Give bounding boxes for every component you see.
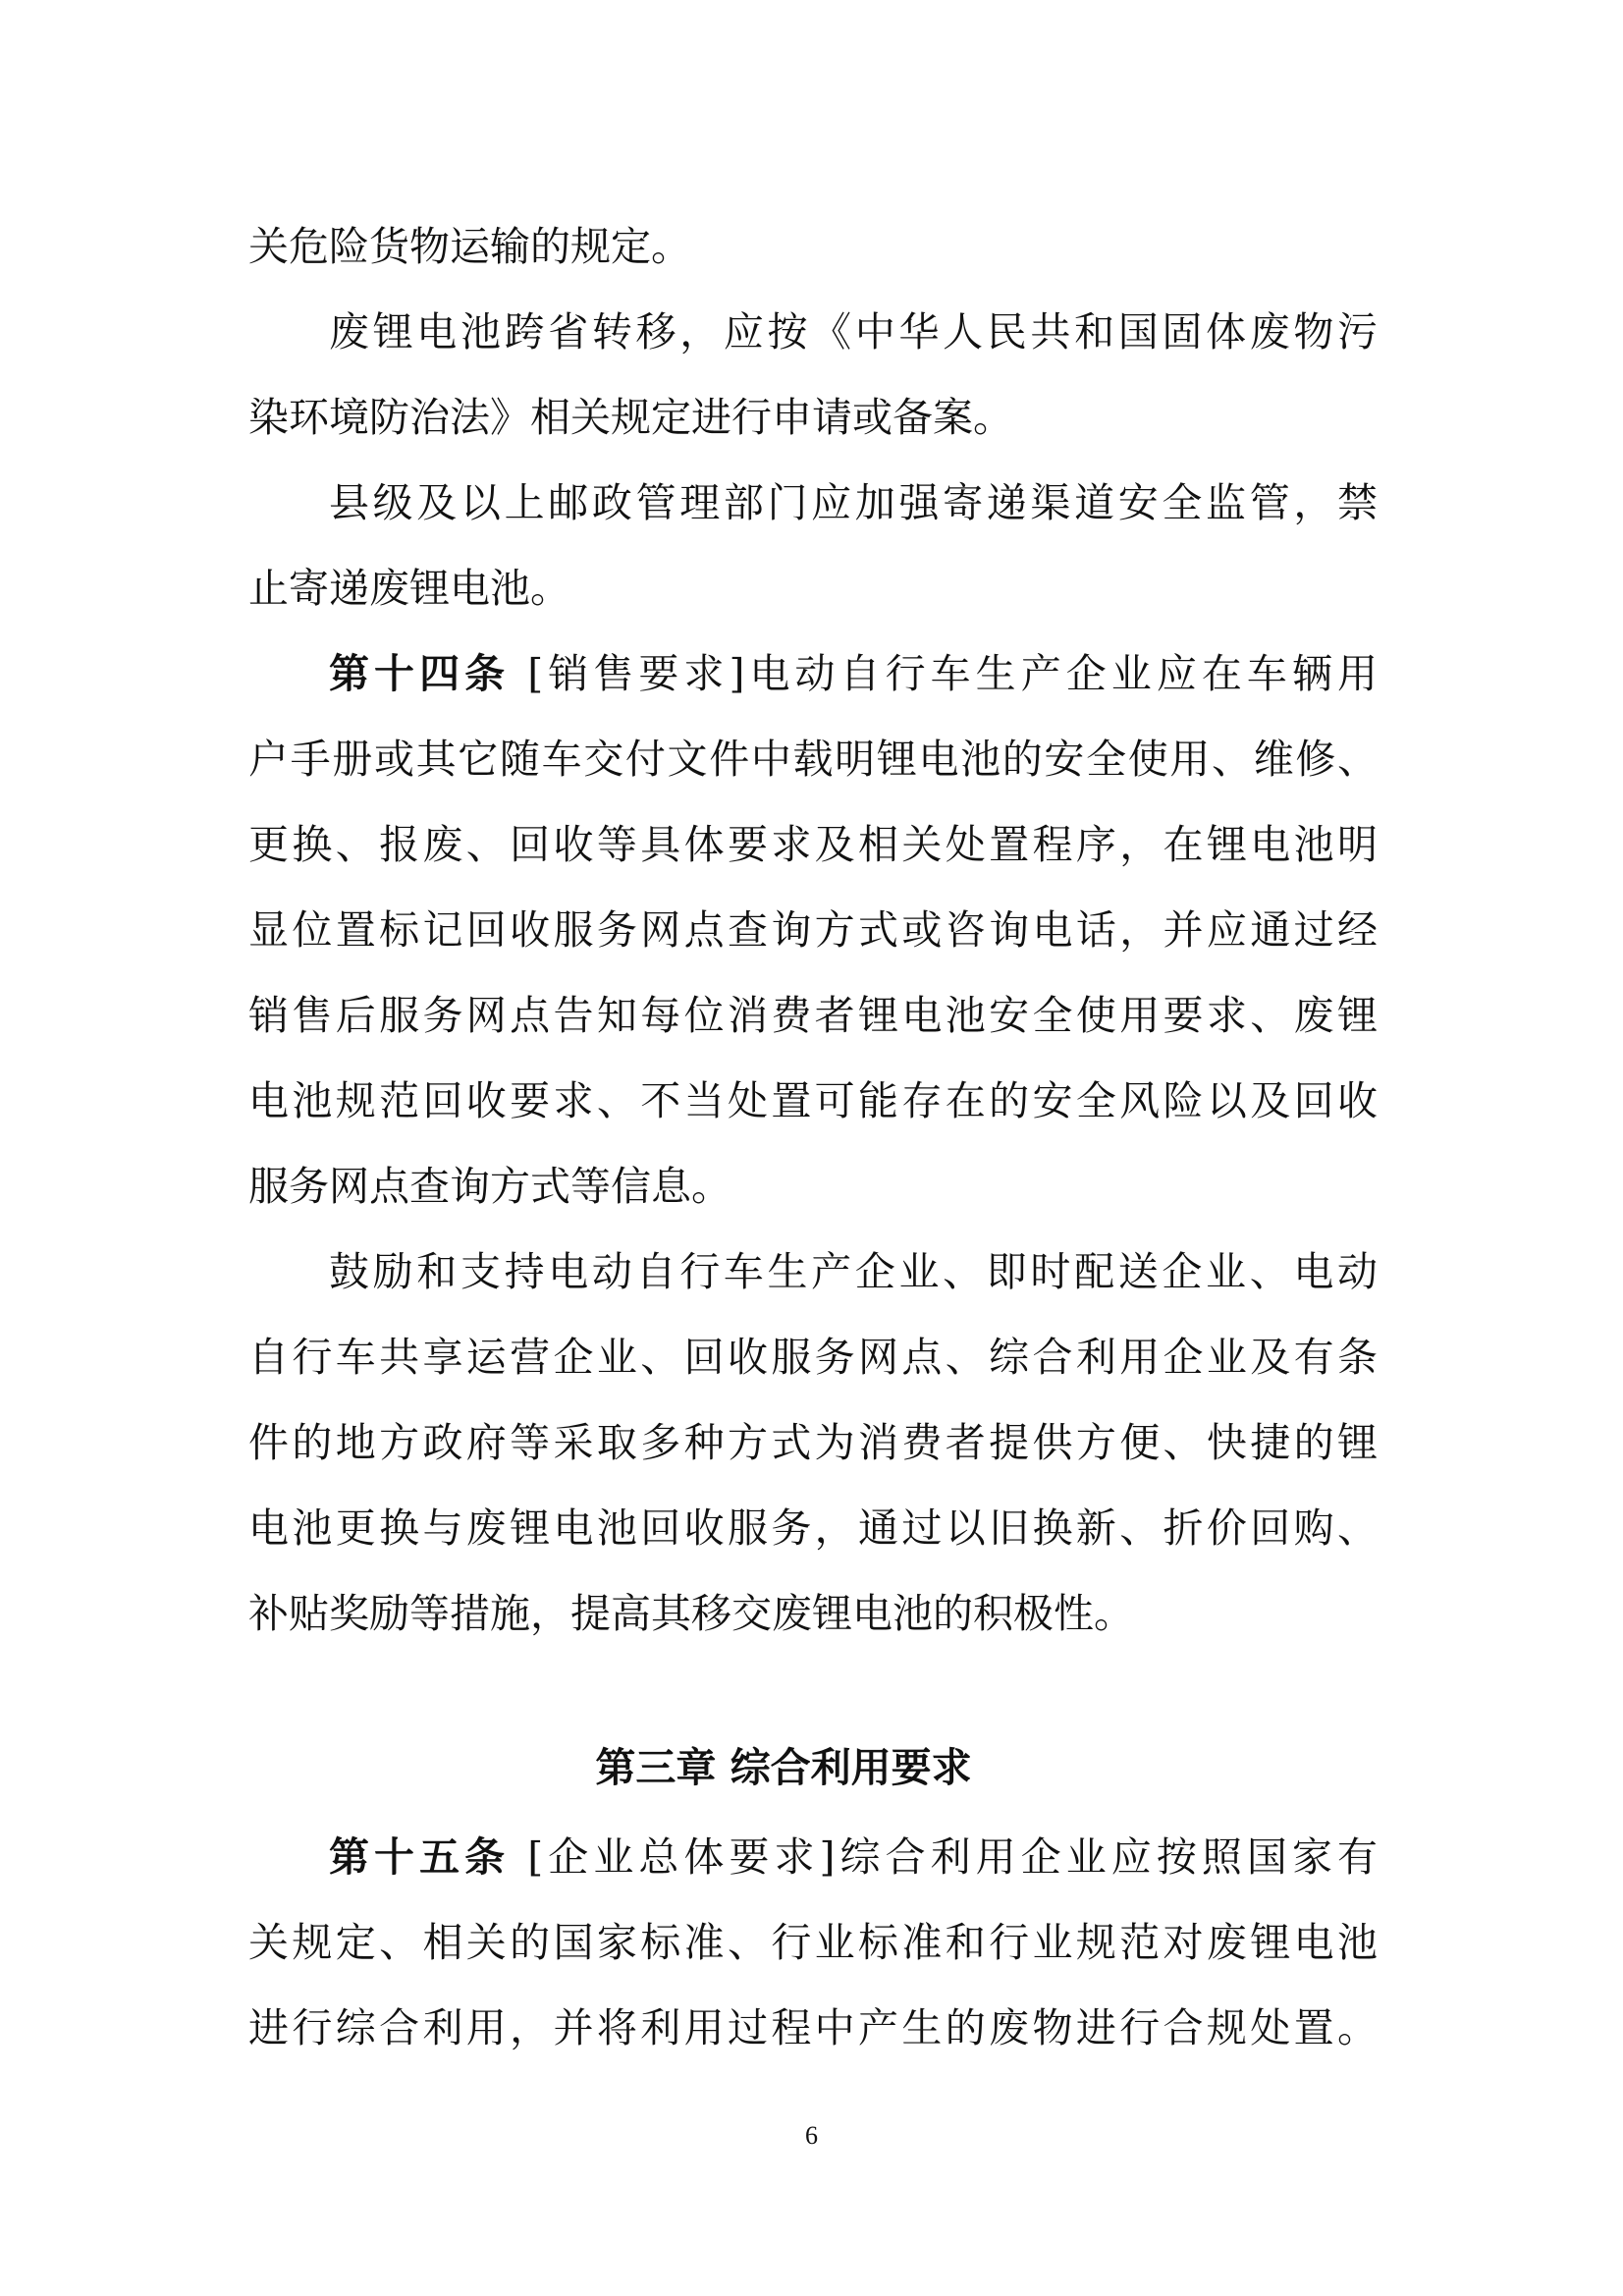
paragraph-line: 进行综合利用，并将利用过程中产生的废物进行合规处置。 — [248, 1986, 1378, 2071]
page-number: 6 — [0, 2121, 1623, 2151]
paragraph-line: 件的地方政府等采取多种方式为消费者提供方便、快捷的锂 — [248, 1400, 1378, 1486]
article-15-first-line-text: [企业总体要求]综合利用企业应按照国家有 — [527, 1833, 1378, 1881]
article-14-heading: 第十四条 — [329, 650, 510, 697]
paragraph-line: 更换、报废、回收等具体要求及相关处置程序，在锂电池明 — [248, 802, 1378, 888]
paragraph-line: 废锂电池跨省转移，应按《中华人民共和国固体废物污 — [248, 290, 1378, 375]
paragraph-line: 关规定、相关的国家标准、行业标准和行业规范对废锂电池 — [248, 1900, 1378, 1986]
paragraph-line: 关危险货物运输的规定。 — [248, 204, 1378, 290]
paragraph-line: 销售后服务网点告知每位消费者锂电池安全使用要求、废锂 — [248, 973, 1378, 1059]
article-15-heading: 第十五条 — [329, 1833, 510, 1881]
paragraph-line: 电池规范回收要求、不当处置可能存在的安全风险以及回收 — [248, 1059, 1378, 1144]
article-15-first-line: 第十五条 [企业总体要求]综合利用企业应按照国家有 — [248, 1815, 1378, 1900]
article-14-first-line-text: [销售要求]电动自行车生产企业应在车辆用 — [527, 650, 1378, 697]
chapter-title: 第三章 综合利用要求 — [248, 1738, 1378, 1797]
paragraph-line: 自行车共享运营企业、回收服务网点、综合利用企业及有条 — [248, 1315, 1378, 1400]
paragraph-line: 鼓励和支持电动自行车生产企业、即时配送企业、电动 — [248, 1230, 1378, 1315]
article-14-first-line: 第十四条 [销售要求]电动自行车生产企业应在车辆用 — [248, 631, 1378, 717]
paragraph-line: 服务网点查询方式等信息。 — [248, 1144, 1378, 1230]
paragraph-line: 户手册或其它随车交付文件中载明锂电池的安全使用、维修、 — [248, 717, 1378, 802]
body-text-section-2: 第十五条 [企业总体要求]综合利用企业应按照国家有 关规定、相关的国家标准、行业… — [248, 1815, 1378, 2071]
paragraph-line: 染环境防治法》相关规定进行申请或备案。 — [248, 375, 1378, 461]
paragraph-line: 显位置标记回收服务网点查询方式或咨询电话，并应通过经 — [248, 888, 1378, 973]
paragraph-line: 县级及以上邮政管理部门应加强寄递渠道安全监管，禁 — [248, 461, 1378, 546]
paragraph-line: 电池更换与废锂电池回收服务，通过以旧换新、折价回购、 — [248, 1486, 1378, 1571]
paragraph-line: 补贴奖励等措施，提高其移交废锂电池的积极性。 — [248, 1571, 1378, 1657]
document-page: 关危险货物运输的规定。 废锂电池跨省转移，应按《中华人民共和国固体废物污 染环境… — [0, 0, 1623, 2296]
body-text-section-1: 关危险货物运输的规定。 废锂电池跨省转移，应按《中华人民共和国固体废物污 染环境… — [248, 204, 1378, 1657]
paragraph-line: 止寄递废锂电池。 — [248, 546, 1378, 631]
